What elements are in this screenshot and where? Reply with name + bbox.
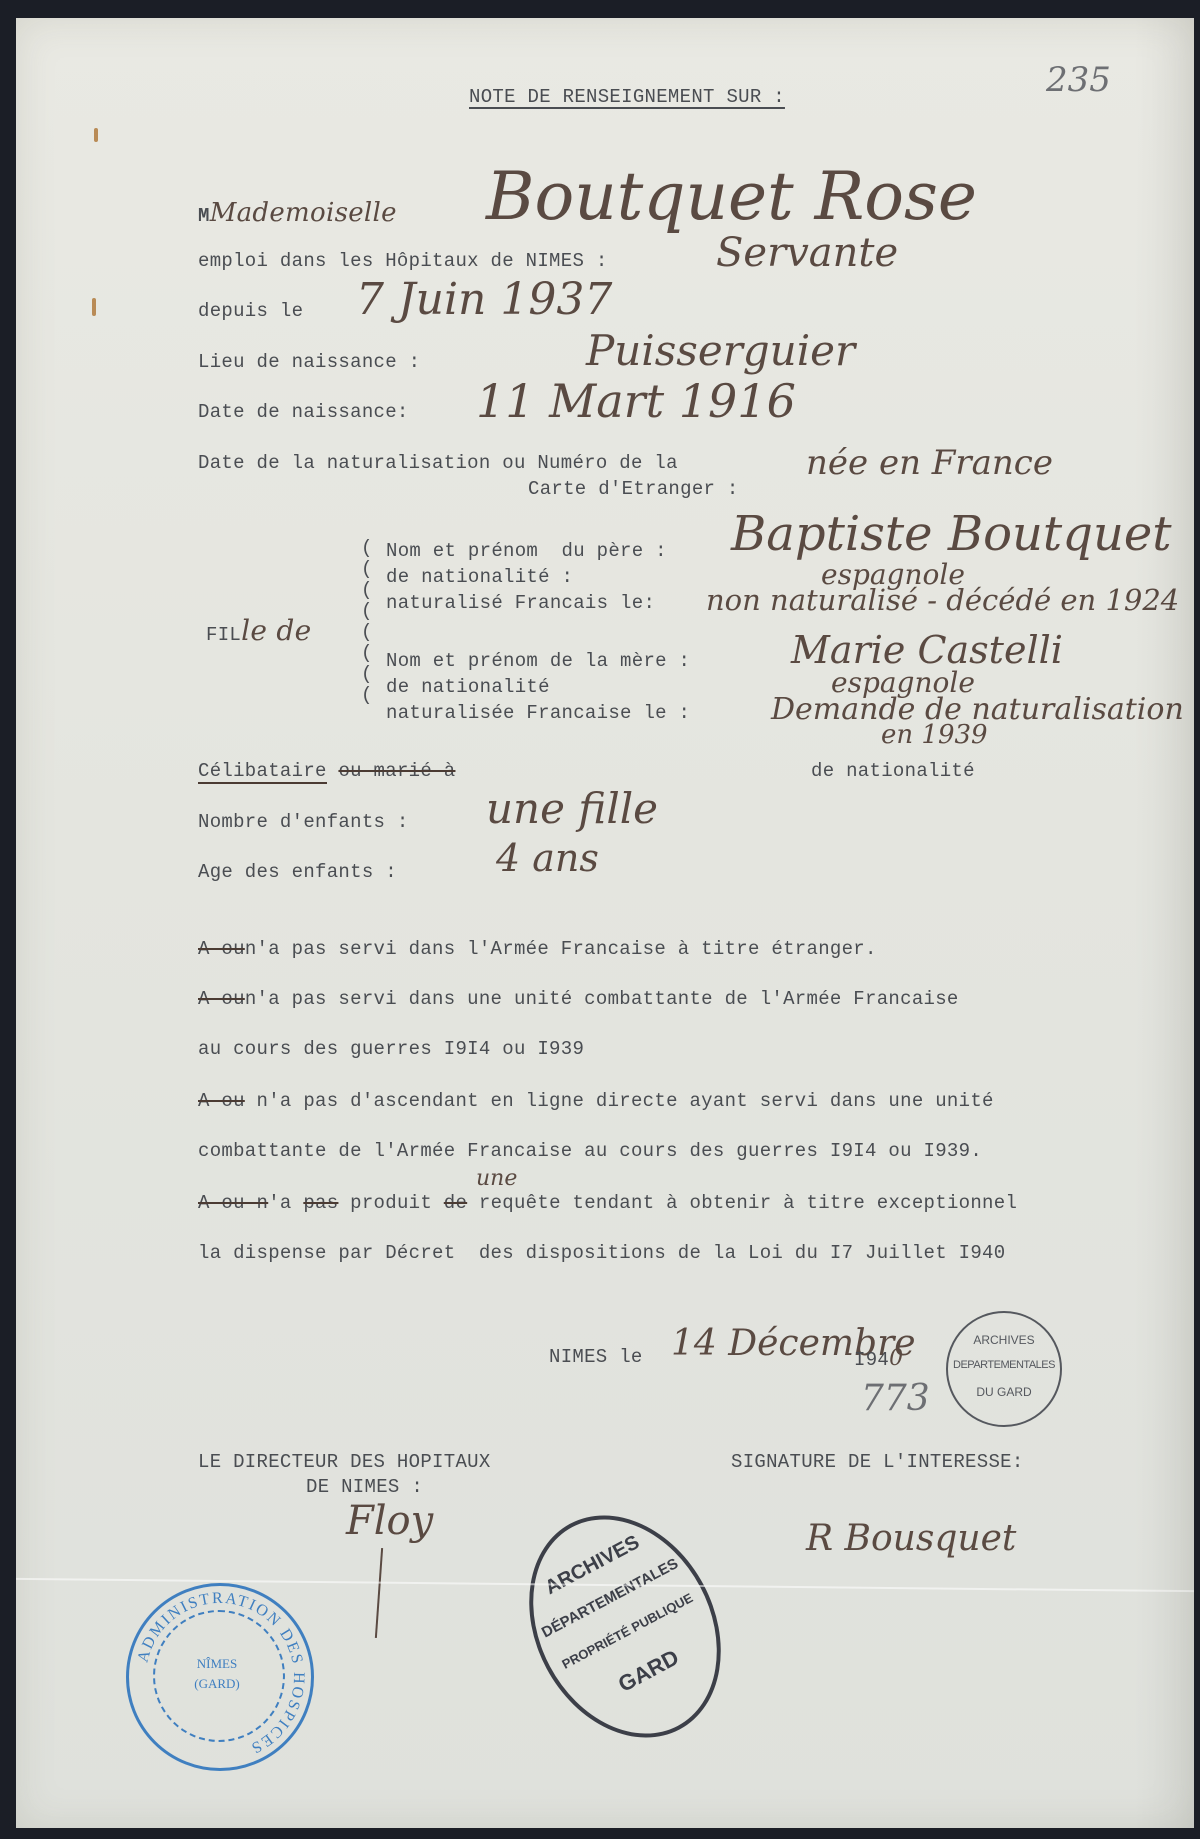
archives-round-stamp: ARCHIVES DEPARTEMENTALES DU GARD — [946, 1311, 1062, 1427]
lieu-value: Puisserguier — [586, 326, 855, 375]
father-name-label: Nom et prénom du père : — [386, 540, 667, 562]
salutation-label: MMademoiselle — [198, 198, 397, 228]
stamp-line: GARD — [568, 1620, 730, 1723]
declaration-text: n'a pas servi dans une unité combattante… — [245, 988, 959, 1010]
struck-text: A ou — [198, 988, 245, 1010]
page-number: 235 — [1046, 60, 1111, 100]
dateline-year-typed: I940 — [854, 1346, 903, 1371]
marital-status: Célibataire ou marié à — [198, 760, 455, 782]
svg-text:ADMINISTRATION DES HOSPICES: ADMINISTRATION DES HOSPICES — [134, 1590, 307, 1757]
document-page: 235 NOTE DE RENSEIGNEMENT SUR : MMademoi… — [16, 18, 1194, 1828]
hospices-ring-label: ADMINISTRATION DES HOSPICES — [134, 1590, 307, 1757]
naturalisation-label: Date de la naturalisation ou Numéro de l… — [198, 452, 678, 474]
mother-nationality-label: de nationalité — [386, 676, 550, 698]
marie-struck: ou marié à — [338, 760, 455, 782]
depuis-value: 7 Juin 1937 — [356, 274, 612, 325]
stamp-line: NÎMES — [129, 1656, 305, 1672]
punch-hole-mark — [94, 128, 98, 142]
children-age-label: Age des enfants : — [198, 861, 397, 883]
children-count-label: Nombre d'enfants : — [198, 811, 409, 833]
declaration-line: A ou n'a pas d'ascendant en ligne direct… — [198, 1090, 994, 1112]
mother-naturalised-label: naturalisée Francaise le : — [386, 702, 690, 724]
dateline-place: NIMES le — [549, 1346, 643, 1368]
declaration-text: au cours des guerres I9I4 ou I939 — [198, 1038, 584, 1060]
archive-pencil-number: 773 — [861, 1378, 930, 1419]
parents-brace: (((((((( — [361, 538, 372, 706]
year-typed: I94 — [854, 1349, 889, 1371]
stamp-line: DEPARTEMENTALES — [944, 1359, 1064, 1371]
hospices-stamp: ADMINISTRATION DES HOSPICES NÎMES (GARD) — [126, 1583, 314, 1771]
stamp-line: ARCHIVES — [948, 1333, 1060, 1347]
struck-text: A ou n — [198, 1192, 268, 1214]
year-handwritten: 0 — [889, 1346, 903, 1371]
father-naturalised-label: naturalisé Francais le: — [386, 592, 655, 614]
fille-handwritten: le de — [241, 614, 311, 647]
declaration-line: A ou n'a pas produit de requête tendant … — [198, 1192, 1017, 1214]
emploi-value: Servante — [716, 230, 898, 276]
declaration-text: la dispense par Décret des dispositions … — [198, 1242, 1005, 1264]
birthdate-label: Date de naissance: — [198, 401, 409, 423]
interesse-label: SIGNATURE DE L'INTERESSE: — [731, 1451, 1024, 1473]
children-age-value: 4 ans — [496, 836, 599, 880]
declaration-text: produit — [338, 1192, 443, 1214]
declaration-line: au cours des guerres I9I4 ou I939 — [198, 1038, 584, 1060]
struck-text: A ou — [198, 938, 245, 960]
mother-naturalised-year: en 1939 — [881, 720, 988, 750]
struck-text: A ou — [198, 1090, 245, 1112]
declaration-text: 'a — [268, 1192, 303, 1214]
struck-text: pas — [303, 1192, 338, 1214]
father-nationality-label: de nationalité : — [386, 566, 573, 588]
celibataire-label: Célibataire — [198, 760, 327, 784]
director-signature-stroke — [375, 1548, 383, 1638]
birthdate-value: 11 Mart 1916 — [476, 374, 796, 428]
depuis-label: depuis le — [198, 300, 303, 322]
inserted-word: une — [476, 1166, 517, 1191]
mother-name-label: Nom et prénom de la mère : — [386, 650, 690, 672]
document-title: NOTE DE RENSEIGNEMENT SUR : — [469, 86, 785, 108]
director-label: LE DIRECTEUR DES HOPITAUX — [198, 1451, 491, 1473]
emploi-label: emploi dans les Hôpitaux de NIMES : — [198, 250, 608, 272]
declaration-line: A oun'a pas servi dans une unité combatt… — [198, 988, 959, 1010]
stamp-line: DU GARD — [948, 1385, 1060, 1399]
naturalisation-value: née en France — [806, 443, 1053, 483]
salutation-handwritten: Mademoiselle — [210, 198, 397, 228]
punch-hole-mark — [92, 298, 96, 316]
declaration-line: la dispense par Décret des dispositions … — [198, 1242, 1005, 1264]
director-signature: Floy — [346, 1498, 433, 1544]
declaration-text: n'a pas servi dans l'Armée Francaise à t… — [245, 938, 877, 960]
lieu-label: Lieu de naissance : — [198, 351, 420, 373]
spouse-nationality-label: de nationalité — [811, 760, 975, 782]
children-count-value: une fille — [486, 784, 658, 833]
father-name-value: Baptiste Boutquet — [731, 506, 1172, 562]
director-label-city: DE NIMES : — [306, 1476, 423, 1498]
stamp-line: (GARD) — [129, 1676, 305, 1692]
fille-typed: FIL — [206, 624, 241, 646]
declaration-line: combattante de l'Armée Francaise au cour… — [198, 1140, 982, 1162]
father-naturalised-value: non naturalisé - décédé en 1924 — [706, 583, 1179, 617]
declaration-line: A oun'a pas servi dans l'Armée Francaise… — [198, 938, 877, 960]
declaration-text: n'a pas d'ascendant en ligne directe aya… — [257, 1090, 994, 1112]
interesse-signature: R Bousquet — [806, 1518, 1016, 1559]
archives-oval-stamp: ARCHIVES DÉPARTEMENTALES PROPRIÉTÉ PUBLI… — [492, 1482, 759, 1771]
carte-etranger-label: Carte d'Etranger : — [528, 478, 739, 500]
declaration-text: combattante de l'Armée Francaise au cour… — [198, 1140, 982, 1162]
declaration-text: requête tendant à obtenir à titre except… — [467, 1192, 1017, 1214]
struck-text: de — [444, 1192, 467, 1214]
fille-de-label: FILle de — [206, 614, 312, 647]
subject-name: Boutquet Rose — [486, 158, 977, 235]
